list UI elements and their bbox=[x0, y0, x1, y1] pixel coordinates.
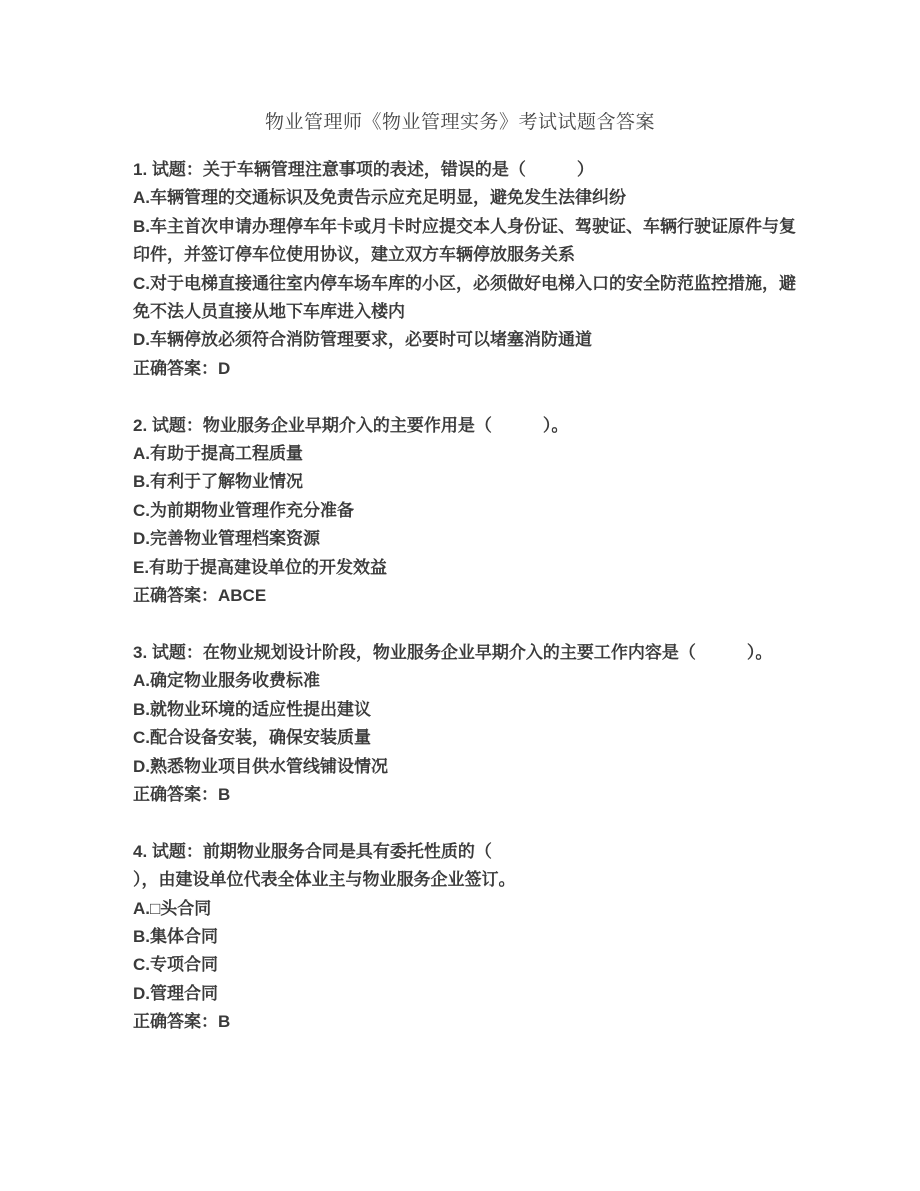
answer-label: 正确答案： bbox=[133, 785, 218, 804]
answer-line: 正确答案：B bbox=[133, 781, 801, 809]
question-option: A.确定物业服务收费标准 bbox=[133, 667, 801, 695]
answer-line: 正确答案：B bbox=[133, 1008, 801, 1036]
answer-value: ABCE bbox=[218, 586, 266, 605]
question-option: A.□头合同 bbox=[133, 895, 801, 923]
answer-value: B bbox=[218, 785, 230, 804]
document-page: 物业管理师《物业管理实务》考试试题含答案 1. 试题：关于车辆管理注意事项的表述… bbox=[0, 0, 920, 1191]
question-option: B.有利于了解物业情况 bbox=[133, 468, 801, 496]
question-option: D.熟悉物业项目供水管线铺设情况 bbox=[133, 753, 801, 781]
question-option: C.配合设备安装，确保安装质量 bbox=[133, 724, 801, 752]
question-option: D.完善物业管理档案资源 bbox=[133, 525, 801, 553]
question-block-4: 4. 试题：前期物业服务合同是具有委托性质的（ ），由建设单位代表全体业主与物业… bbox=[133, 838, 801, 1037]
question-option: B.车主首次申请办理停车年卡或月卡时应提交本人身份证、驾驶证、车辆行驶证原件与复… bbox=[133, 213, 801, 270]
question-option: C.为前期物业管理作充分准备 bbox=[133, 497, 801, 525]
question-block-2: 2. 试题：物业服务企业早期介入的主要作用是（ ）。 A.有助于提高工程质量 B… bbox=[133, 412, 801, 611]
question-block-3: 3. 试题：在物业规划设计阶段，物业服务企业早期介入的主要工作内容是（ ）。 A… bbox=[133, 639, 801, 809]
answer-value: D bbox=[218, 359, 230, 378]
question-stem: 3. 试题：在物业规划设计阶段，物业服务企业早期介入的主要工作内容是（ ）。 bbox=[133, 639, 801, 667]
question-option: C.专项合同 bbox=[133, 951, 801, 979]
question-option: D.车辆停放必须符合消防管理要求，必要时可以堵塞消防通道 bbox=[133, 326, 801, 354]
question-stem: 4. 试题：前期物业服务合同是具有委托性质的（ bbox=[133, 838, 801, 866]
question-stem-continued: ），由建设单位代表全体业主与物业服务企业签订。 bbox=[133, 866, 801, 894]
question-stem: 1. 试题：关于车辆管理注意事项的表述，错误的是（ ） bbox=[133, 156, 801, 184]
question-option: B.就物业环境的适应性提出建议 bbox=[133, 696, 801, 724]
answer-line: 正确答案：D bbox=[133, 355, 801, 383]
question-option: C.对于电梯直接通往室内停车场车库的小区，必须做好电梯入口的安全防范监控措施，避… bbox=[133, 270, 801, 327]
question-option: A.有助于提高工程质量 bbox=[133, 440, 801, 468]
answer-value: B bbox=[218, 1012, 230, 1031]
answer-label: 正确答案： bbox=[133, 586, 218, 605]
page-title: 物业管理师《物业管理实务》考试试题含答案 bbox=[0, 108, 920, 136]
answer-line: 正确答案：ABCE bbox=[133, 582, 801, 610]
question-block-1: 1. 试题：关于车辆管理注意事项的表述，错误的是（ ） A.车辆管理的交通标识及… bbox=[133, 156, 801, 383]
questions-list: 1. 试题：关于车辆管理注意事项的表述，错误的是（ ） A.车辆管理的交通标识及… bbox=[133, 156, 801, 1065]
question-option: A.车辆管理的交通标识及免责告示应充足明显，避免发生法律纠纷 bbox=[133, 184, 801, 212]
question-stem: 2. 试题：物业服务企业早期介入的主要作用是（ ）。 bbox=[133, 412, 801, 440]
question-option: E.有助于提高建设单位的开发效益 bbox=[133, 554, 801, 582]
answer-label: 正确答案： bbox=[133, 359, 218, 378]
answer-label: 正确答案： bbox=[133, 1012, 218, 1031]
question-option: B.集体合同 bbox=[133, 923, 801, 951]
question-option: D.管理合同 bbox=[133, 980, 801, 1008]
